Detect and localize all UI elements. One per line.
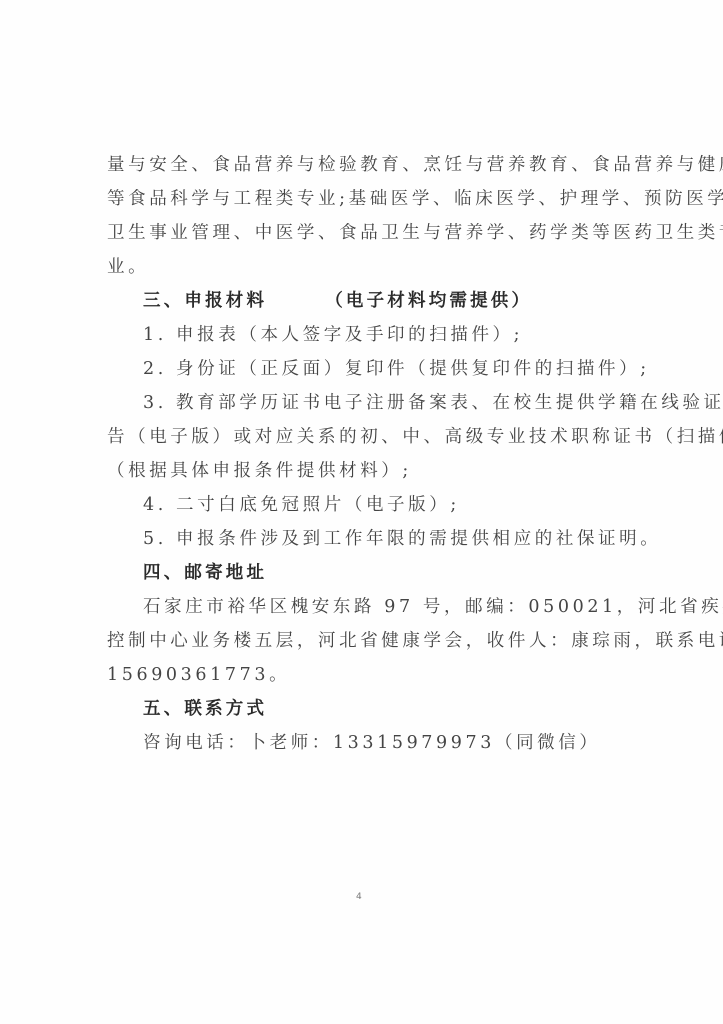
page-number: 4 [356,892,362,902]
contact-line: 咨询电话：卜老师：13315979973（同微信） [107,726,619,760]
list-item-line: （根据具体申报条件提供材料）; [107,454,619,488]
list-item: 1. 申报表（本人签字及手印的扫描件）; [107,318,619,352]
address-line: 石家庄市裕华区槐安东路 97 号，邮编：050021，河北省疾病预防 [107,590,619,624]
paragraph-line: 业。 [107,250,619,284]
document-page: 量与安全、食品营养与检验教育、烹饪与营养教育、食品营养与健康 等食品科学与工程类… [0,0,723,1024]
paragraph-line: 量与安全、食品营养与检验教育、烹饪与营养教育、食品营养与健康 [107,148,619,182]
section-contact: 五、联系方式 咨询电话：卜老师：13315979973（同微信） [107,692,619,760]
section-heading-note: （电子材料均需提供） [325,291,532,311]
list-item: 2. 身份证（正反面）复印件（提供复印件的扫描件）; [107,352,619,386]
section-heading: 五、联系方式 [107,692,619,726]
list-item: 4. 二寸白底免冠照片（电子版）; [107,488,619,522]
list-item: 3. 教育部学历证书电子注册备案表、在校生提供学籍在线验证报 告（电子版）或对应… [107,386,619,488]
address-line: 15690361773。 [107,658,619,692]
section-heading: 三、申报材料（电子材料均需提供） [107,284,619,318]
section-application-materials: 三、申报材料（电子材料均需提供） 1. 申报表（本人签字及手印的扫描件）; 2.… [107,284,619,556]
list-item-line: 3. 教育部学历证书电子注册备案表、在校生提供学籍在线验证报 [107,386,619,420]
paragraph-line: 卫生事业管理、中医学、食品卫生与营养学、药学类等医药卫生类专 [107,216,619,250]
paragraph-line: 等食品科学与工程类专业;基础医学、临床医学、护理学、预防医学、 [107,182,619,216]
list-item: 5. 申报条件涉及到工作年限的需提供相应的社保证明。 [107,522,619,556]
section-heading: 四、邮寄地址 [107,556,619,590]
section-heading-title: 三、申报材料 [143,291,267,311]
list-item-line: 告（电子版）或对应关系的初、中、高级专业技术职称证书（扫描件） [107,420,619,454]
document-body: 量与安全、食品营养与检验教育、烹饪与营养教育、食品营养与健康 等食品科学与工程类… [107,148,619,760]
continuation-paragraph: 量与安全、食品营养与检验教育、烹饪与营养教育、食品营养与健康 等食品科学与工程类… [107,148,619,284]
section-mailing-address: 四、邮寄地址 石家庄市裕华区槐安东路 97 号，邮编：050021，河北省疾病预… [107,556,619,692]
address-line: 控制中心业务楼五层，河北省健康学会，收件人：康琮雨，联系电话： [107,624,619,658]
